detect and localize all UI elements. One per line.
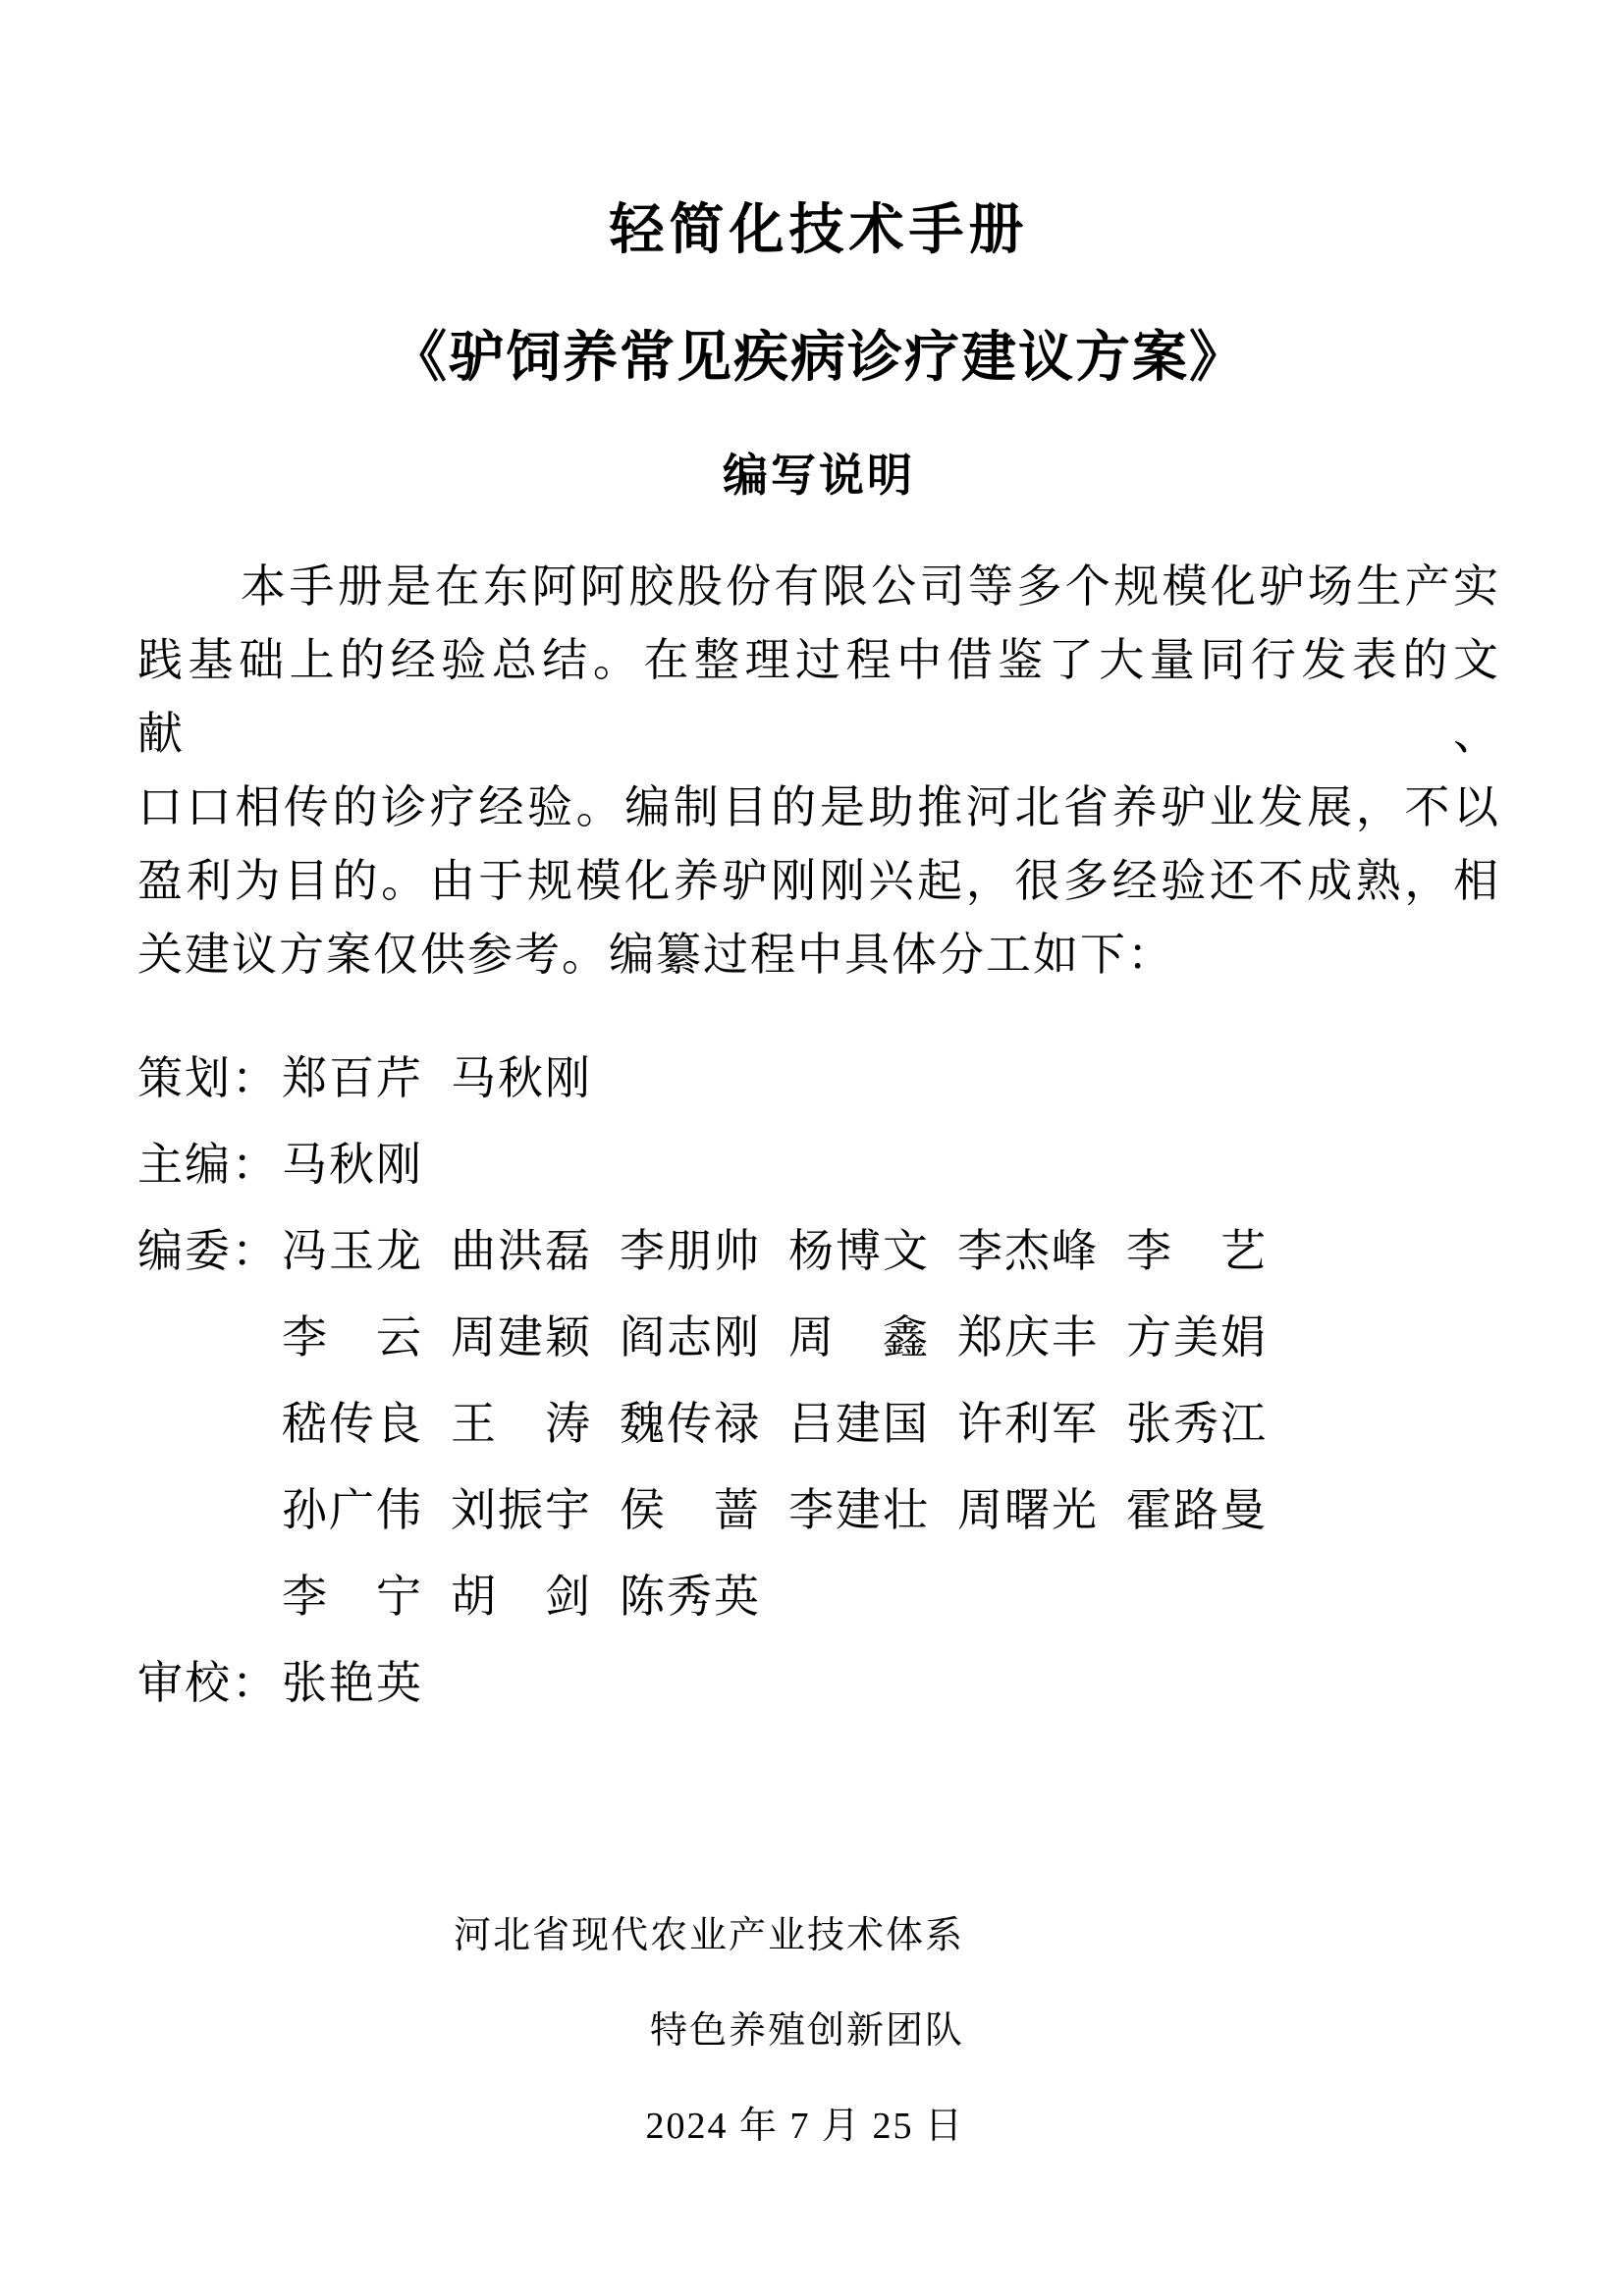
editorial-board-row: 编委：冯玉龙曲洪磊李朋帅杨博文李杰峰李 艺	[137, 1208, 1500, 1295]
editorial-board-row: 嵇传良王 涛魏传禄吕建国许利军张秀江	[137, 1381, 1500, 1468]
paragraph-line: 口口相传的诊疗经验。编制目的是助推河北省养驴业发展，不以	[137, 771, 1500, 844]
page-title: 轻简化技术手册	[137, 196, 1500, 265]
paragraph-line: 盈利为目的。由于规模化养驴刚刚兴起，很多经验还不成熟，相	[137, 844, 1500, 918]
planning-row: 策划：郑百芹马秋刚	[137, 1036, 1500, 1122]
paragraph-line: 关建议方案仅供参考。编纂过程中具体分工如下：	[137, 918, 1500, 991]
editor-name: 李 艺	[1126, 1208, 1295, 1295]
editor-name: 胡 剑	[451, 1554, 620, 1640]
editor-name: 方美娟	[1126, 1295, 1295, 1381]
editor-name: 王 涛	[451, 1381, 620, 1468]
editor-name: 张秀江	[1126, 1381, 1295, 1468]
planner-name: 马秋刚	[451, 1036, 620, 1122]
editor-name: 许利军	[957, 1381, 1126, 1468]
reviewer-label: 审校：	[137, 1640, 282, 1727]
editor-name: 李杰峰	[957, 1208, 1126, 1295]
intro-paragraph: 本手册是在东阿阿胶股份有限公司等多个规模化驴场生产实 践基础上的经验总结。在整理…	[137, 550, 1500, 991]
editor-name: 李 云	[282, 1295, 451, 1381]
editor-name: 杨博文	[788, 1208, 957, 1295]
editor-name: 嵇传良	[282, 1381, 451, 1468]
editor-name: 刘振宇	[451, 1468, 620, 1554]
editor-name: 霍路曼	[1126, 1468, 1295, 1554]
planning-label: 策划：	[137, 1036, 282, 1122]
reviewer-name: 张艳英	[282, 1640, 451, 1727]
editor-name: 魏传禄	[620, 1381, 788, 1468]
editor-name: 冯玉龙	[282, 1208, 451, 1295]
chief-editor-row: 主编：马秋刚	[137, 1122, 1500, 1208]
editor-name: 周建颖	[451, 1295, 620, 1381]
editor-name: 陈秀英	[620, 1554, 788, 1640]
paragraph-line: 践基础上的经验总结。在整理过程中借鉴了大量同行发表的文献、	[137, 623, 1500, 771]
editorial-board-row: 孙广伟刘振宇侯 蔷李建壮周曙光霍路曼	[137, 1468, 1500, 1554]
editor-name: 孙广伟	[282, 1468, 451, 1554]
editorial-board-row: 李 宁胡 剑陈秀英	[137, 1554, 1500, 1640]
organization-name: 河北省现代农业产业技术体系	[137, 1889, 964, 1984]
document-date: 2024 年 7 月 25 日	[137, 2079, 964, 2174]
team-name: 特色养殖创新团队	[137, 1984, 964, 2079]
editor-name: 郑庆丰	[957, 1295, 1126, 1381]
planner-name: 郑百芹	[282, 1036, 451, 1122]
reviewer-row: 审校：张艳英	[137, 1640, 1500, 1727]
editor-name: 侯 蔷	[620, 1468, 788, 1554]
editor-name: 吕建国	[788, 1381, 957, 1468]
editor-name: 曲洪磊	[451, 1208, 620, 1295]
section-heading: 编写说明	[137, 447, 1500, 506]
editorial-board-label: 编委：	[137, 1208, 282, 1295]
paragraph-line: 本手册是在东阿阿胶股份有限公司等多个规模化驴场生产实	[137, 550, 1500, 623]
signature-block: 河北省现代农业产业技术体系 特色养殖创新团队 2024 年 7 月 25 日	[137, 1889, 1500, 2174]
editorial-board-row: 李 云周建颖阎志刚周 鑫郑庆丰方美娟	[137, 1295, 1500, 1381]
document-page: 轻简化技术手册 《驴饲养常见疾病诊疗建议方案》 编写说明 本手册是在东阿阿胶股份…	[0, 0, 1624, 2296]
editor-name: 阎志刚	[620, 1295, 788, 1381]
editor-name: 李 宁	[282, 1554, 451, 1640]
editor-name: 李建壮	[788, 1468, 957, 1554]
credits-section: 策划：郑百芹马秋刚 主编：马秋刚 编委：冯玉龙曲洪磊李朋帅杨博文李杰峰李 艺 李…	[137, 1036, 1500, 1727]
chief-editor-label: 主编：	[137, 1122, 282, 1208]
editor-name: 周曙光	[957, 1468, 1126, 1554]
editor-name: 周 鑫	[788, 1295, 957, 1381]
editor-name: 李朋帅	[620, 1208, 788, 1295]
book-title: 《驴饲养常见疾病诊疗建议方案》	[137, 324, 1500, 393]
chief-editor-name: 马秋刚	[282, 1122, 451, 1208]
